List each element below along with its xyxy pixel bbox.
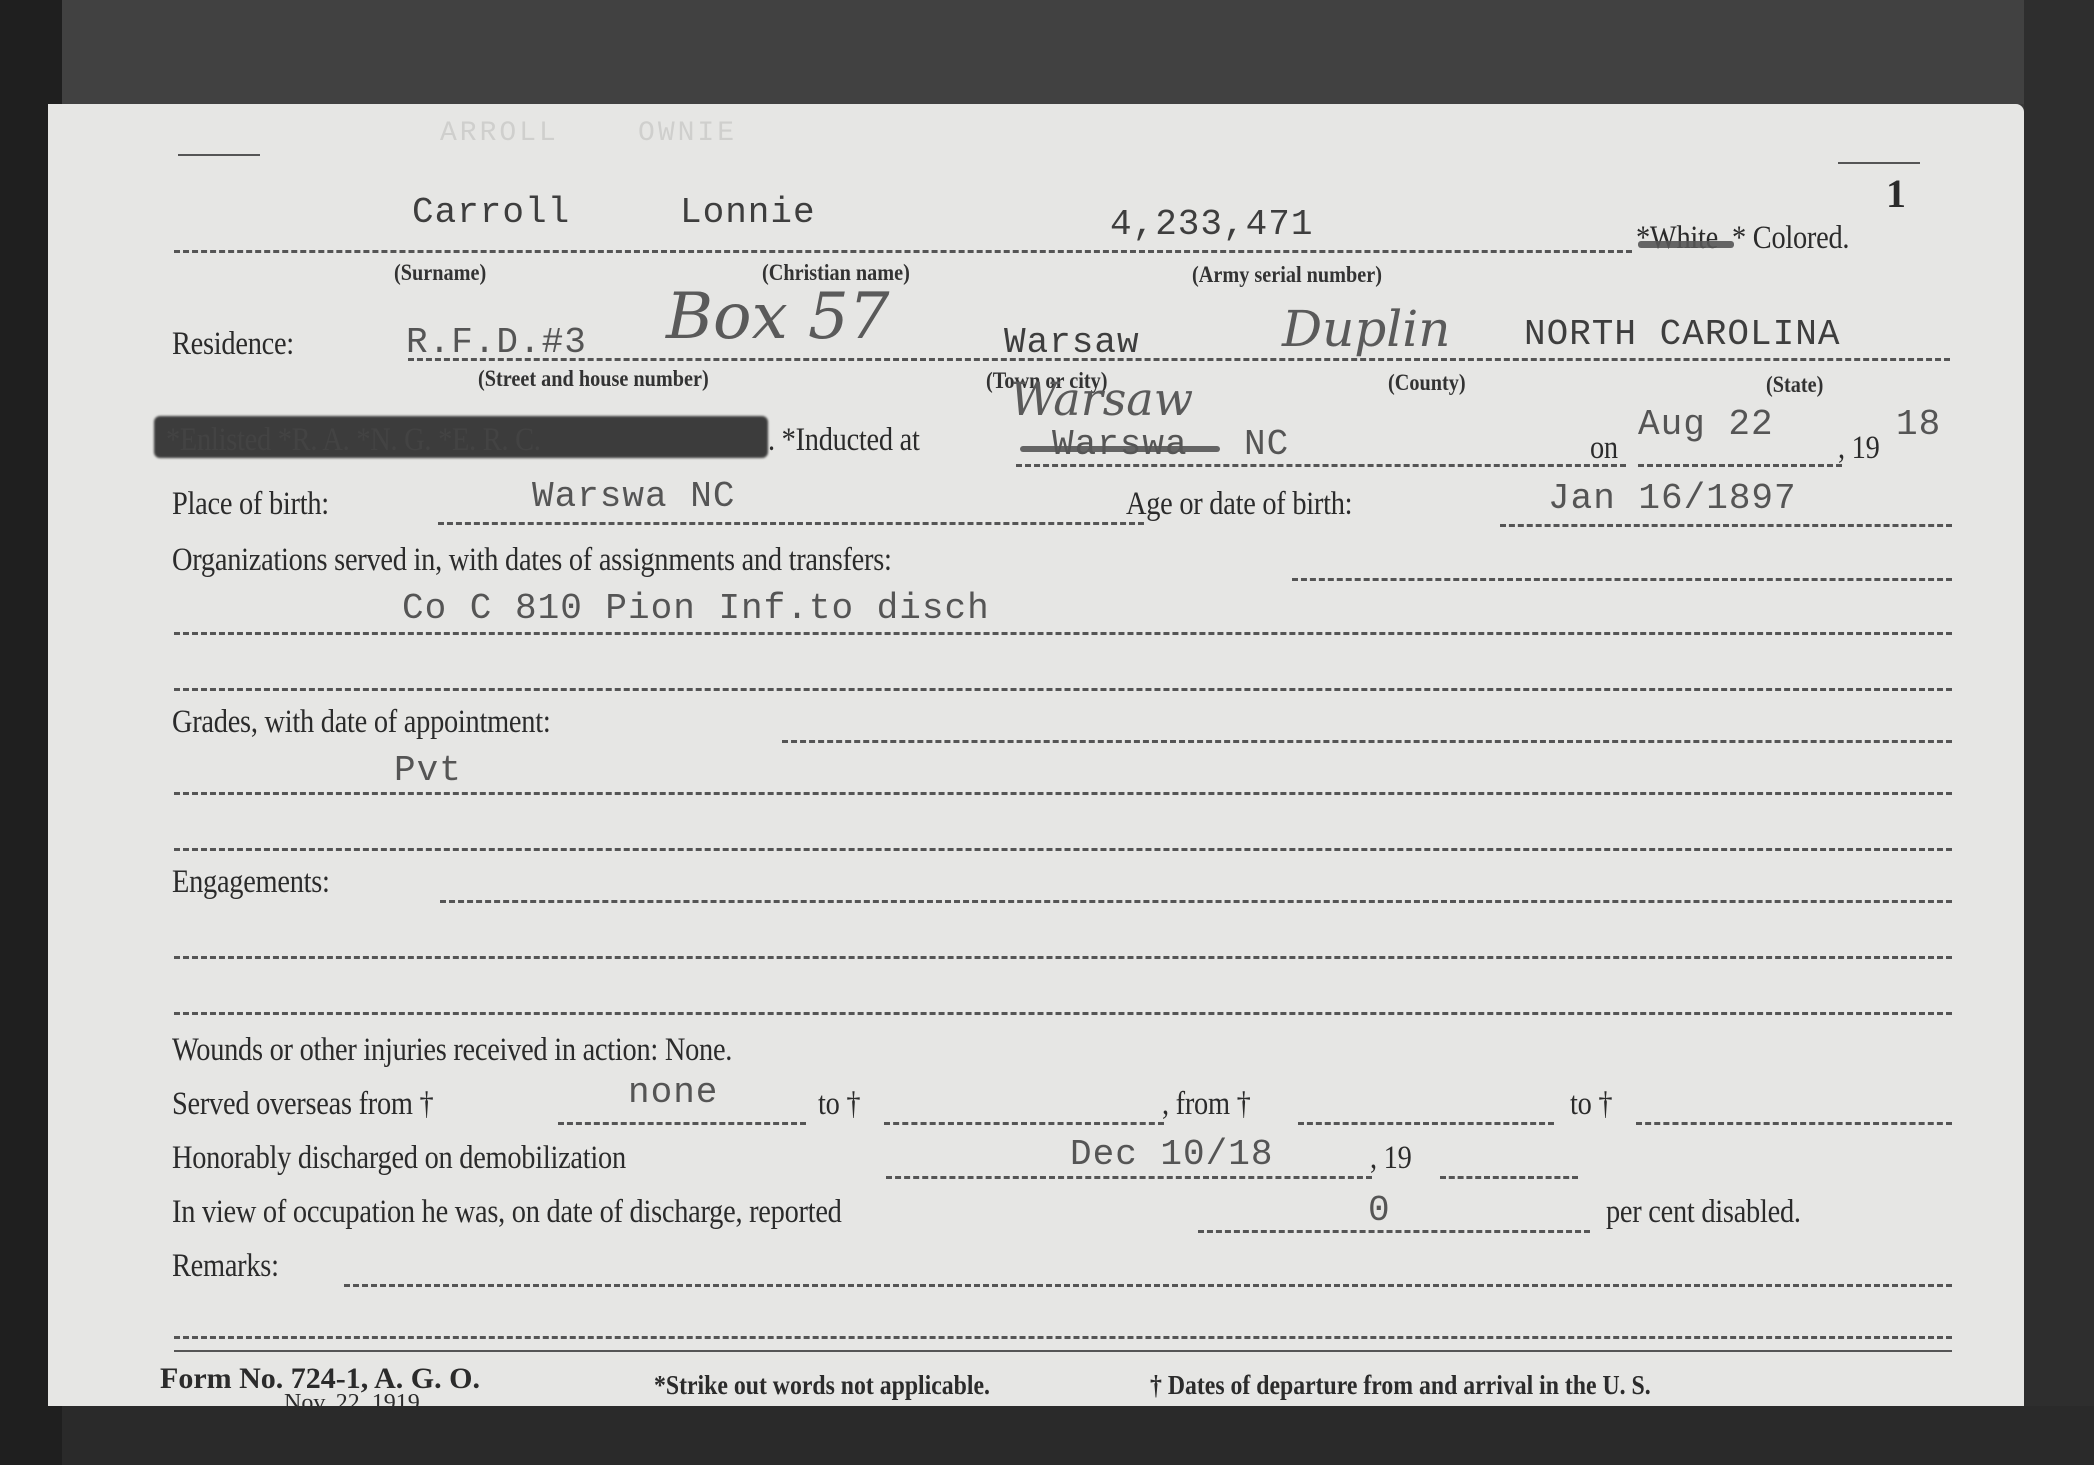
army-serial-number-label: (Army serial number) xyxy=(1192,262,1382,288)
discharge-date-line xyxy=(886,1176,1372,1179)
christian-name-value: Lonnie xyxy=(680,192,816,233)
served-overseas-to-label: to † xyxy=(818,1086,860,1123)
served-overseas-to-line xyxy=(884,1122,1164,1125)
served-overseas-from-line xyxy=(558,1122,806,1125)
served-overseas-from-value: none xyxy=(628,1072,718,1113)
name-line xyxy=(174,250,1632,253)
place-of-birth-label: Place of birth: xyxy=(172,486,329,523)
place-of-birth-line xyxy=(438,522,1144,525)
footnote-dates: † Dates of departure from and arrival in… xyxy=(1150,1370,1651,1401)
inducted-at-line xyxy=(1016,464,1626,467)
organizations-label: Organizations served in, with dates of a… xyxy=(172,542,892,579)
residence-line xyxy=(408,358,1950,361)
top-left-rule xyxy=(178,154,260,156)
residence-street-handwritten: Box 57 xyxy=(666,280,889,354)
scanner-background-top xyxy=(62,0,2094,104)
grade-entry: Pvt xyxy=(394,750,462,791)
enlisted-options-struck: *Enlisted *R. A. *N. G. *E. R. C. xyxy=(166,422,541,459)
date-of-birth-label: Age or date of birth: xyxy=(1126,486,1352,523)
organizations-line-3 xyxy=(174,688,1952,691)
footnote-strike-out: *Strike out words not applicable. xyxy=(654,1370,990,1401)
served-overseas-to2-label: to † xyxy=(1570,1086,1612,1123)
place-of-birth-value: Warswa NC xyxy=(532,476,735,517)
street-label: (Street and house number) xyxy=(478,366,709,392)
page-number-rule xyxy=(1838,162,1920,164)
engagements-line-1 xyxy=(440,900,1952,903)
surname-label: (Surname) xyxy=(394,260,486,286)
wounds-label: Wounds or other injuries received in act… xyxy=(172,1032,732,1069)
date-of-birth-line xyxy=(1500,524,1952,527)
residence-state-value: NORTH CAROLINA xyxy=(1524,314,1840,355)
race-white-strikeout xyxy=(1638,241,1734,248)
inducted-at-state-value: NC xyxy=(1244,424,1289,465)
residence-street-value: R.F.D.#3 xyxy=(406,322,587,363)
state-label: (State) xyxy=(1766,372,1823,398)
residence-label: Residence: xyxy=(172,326,294,363)
disability-label: In view of occupation he was, on date of… xyxy=(172,1194,842,1231)
organizations-line-2 xyxy=(174,632,1952,635)
served-overseas-to2-line xyxy=(1636,1122,1952,1125)
remarks-label: Remarks: xyxy=(172,1248,279,1285)
grades-line-3 xyxy=(174,848,1952,851)
inducted-on-label: on xyxy=(1590,430,1618,467)
bleed-through-text: ARROLL OWNIE xyxy=(440,118,737,149)
inducted-at-label: . *Inducted at xyxy=(768,422,920,459)
grades-line-2 xyxy=(174,792,1952,795)
discharge-year-line xyxy=(1440,1176,1578,1179)
inducted-at-struck-value: Warswa xyxy=(1052,424,1188,465)
race-option-colored: * Colored. xyxy=(1732,220,1849,257)
residence-county-handwritten: Duplin xyxy=(1282,300,1450,358)
served-overseas-from2-label: , from † xyxy=(1162,1086,1251,1123)
army-serial-number-value: 4,233,471 xyxy=(1110,204,1313,245)
remarks-line-2 xyxy=(174,1336,1952,1339)
race-option-white: *White xyxy=(1636,220,1718,257)
remarks-line-1 xyxy=(344,1284,1952,1287)
grades-label: Grades, with date of appointment: xyxy=(172,704,550,741)
residence-town-value: Warsaw xyxy=(1004,322,1140,363)
disability-line xyxy=(1198,1230,1590,1233)
organization-entry: Co C 810 Pion Inf.to disch xyxy=(402,588,990,629)
date-of-birth-value: Jan 16/1897 xyxy=(1548,478,1797,519)
surname-value: Carroll xyxy=(412,192,570,233)
discharge-year-prefix: , 19 xyxy=(1370,1140,1412,1177)
inducted-date-line xyxy=(1638,464,1842,467)
served-overseas-label: Served overseas from † xyxy=(172,1086,433,1123)
inducted-date-value: Aug 22 xyxy=(1638,404,1774,445)
discharge-date-value: Dec 10/18 xyxy=(1070,1134,1273,1175)
scanner-background-right xyxy=(2024,0,2094,1465)
service-record-card: ARROLL OWNIE 1 Carroll Lonnie 4,233,471 … xyxy=(48,104,2024,1406)
engagements-label: Engagements: xyxy=(172,864,330,901)
page-number: 1 xyxy=(1886,170,1906,217)
inducted-at-handwritten: Warsaw xyxy=(1010,372,1193,426)
inducted-at-strikeout xyxy=(1020,446,1220,452)
form-date: Nov. 22, 1919. xyxy=(284,1390,426,1417)
disability-suffix: per cent disabled. xyxy=(1606,1194,1801,1231)
grades-line-1 xyxy=(782,740,1952,743)
engagements-line-2 xyxy=(174,956,1952,959)
organizations-line-1 xyxy=(1292,578,1952,581)
discharge-label: Honorably discharged on demobilization xyxy=(172,1140,626,1177)
footer-rule xyxy=(174,1350,1952,1352)
disability-value: 0 xyxy=(1368,1190,1391,1231)
engagements-line-3 xyxy=(174,1012,1952,1015)
served-overseas-from2-line xyxy=(1298,1122,1554,1125)
county-label: (County) xyxy=(1388,370,1466,396)
inducted-year-prefix: , 19 xyxy=(1838,430,1880,467)
inducted-year-value: 18 xyxy=(1896,404,1941,445)
